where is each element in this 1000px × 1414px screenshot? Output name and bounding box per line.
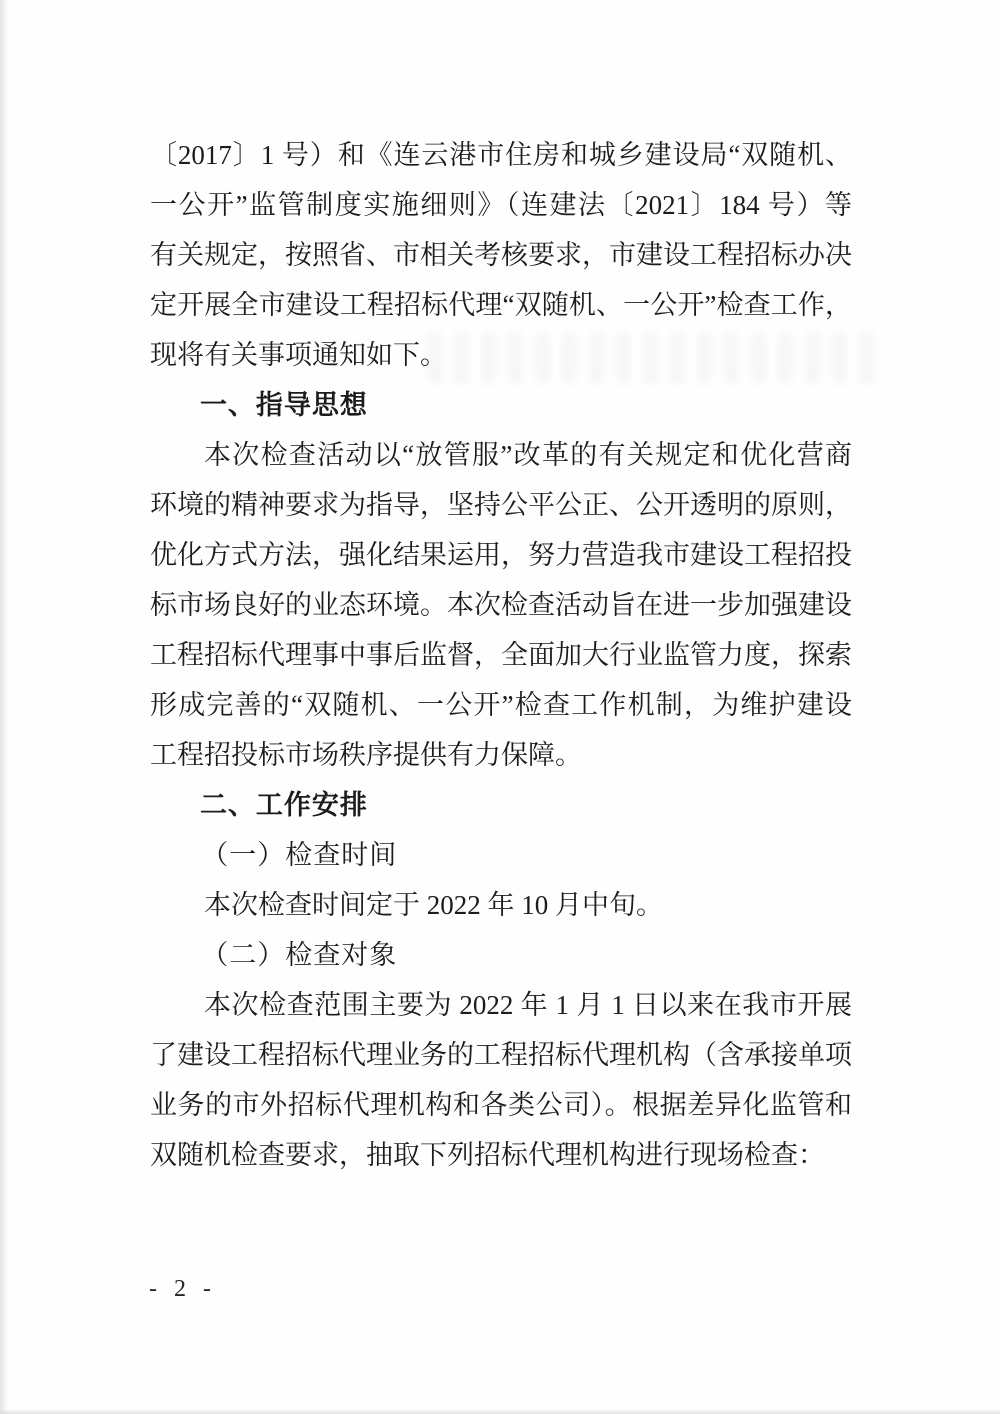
sub-heading: （二）检查对象 bbox=[150, 930, 852, 980]
text-line: 定开展全市建设工程招标代理“双随机、一公开”检查工作， bbox=[150, 280, 852, 330]
text-line: 〔2017〕1 号）和《连云港市住房和城乡建设局“双随机、 bbox=[150, 130, 852, 180]
scan-edge-shadow-bottom bbox=[0, 1409, 1000, 1414]
section-heading: 一、指导思想 bbox=[150, 380, 852, 430]
page-number: - 2 - bbox=[149, 1272, 212, 1306]
paragraph: 本次检查范围主要为 2022 年 1 月 1 日以来在我市开展了建设工程招标代理… bbox=[150, 980, 852, 1180]
text-line: 优化方式方法，强化结果运用，努力营造我市建设工程招投 bbox=[150, 530, 852, 580]
text-line: 一、指导思想 bbox=[150, 380, 852, 430]
text-line: 工程招投标市场秩序提供有力保障。 bbox=[150, 730, 852, 780]
paragraph: 〔2017〕1 号）和《连云港市住房和城乡建设局“双随机、一公开”监管制度实施细… bbox=[150, 130, 852, 380]
paragraph: 本次检查活动以“放管服”改革的有关规定和优化营商环境的精神要求为指导，坚持公平公… bbox=[150, 430, 852, 780]
text-line: （二）检查对象 bbox=[150, 930, 852, 980]
text-line: 双随机检查要求，抽取下列招标代理机构进行现场检查： bbox=[150, 1130, 852, 1180]
scanned-document-page: { "page": { "label": "- 2 -" }, "documen… bbox=[0, 0, 1000, 1414]
scan-edge-shadow-left bbox=[0, 0, 8, 1414]
sub-heading: （一）检查时间 bbox=[150, 830, 852, 880]
text-line: 本次检查范围主要为 2022 年 1 月 1 日以来在我市开展 bbox=[150, 980, 852, 1030]
text-line: 二、工作安排 bbox=[150, 780, 852, 830]
text-line: 本次检查时间定于 2022 年 10 月中旬。 bbox=[150, 880, 852, 930]
text-line: 了建设工程招标代理业务的工程招标代理机构（含承接单项 bbox=[150, 1030, 852, 1080]
section-heading: 二、工作安排 bbox=[150, 780, 852, 830]
text-line: 业务的市外招标代理机构和各类公司）。根据差异化监管和 bbox=[150, 1080, 852, 1130]
document-page: 〔2017〕1 号）和《连云港市住房和城乡建设局“双随机、一公开”监管制度实施细… bbox=[0, 0, 1000, 1414]
text-line: （一）检查时间 bbox=[150, 830, 852, 880]
text-line: 一公开”监管制度实施细则》（连建法〔2021〕184 号）等 bbox=[150, 180, 852, 230]
text-line: 形成完善的“双随机、一公开”检查工作机制，为维护建设 bbox=[150, 680, 852, 730]
text-line: 本次检查活动以“放管服”改革的有关规定和优化营商 bbox=[150, 430, 852, 480]
text-line: 工程招标代理事中事后监督，全面加大行业监管力度，探索 bbox=[150, 630, 852, 680]
document-body: 〔2017〕1 号）和《连云港市住房和城乡建设局“双随机、一公开”监管制度实施细… bbox=[150, 130, 852, 1180]
text-line: 标市场良好的业态环境。本次检查活动旨在进一步加强建设 bbox=[150, 580, 852, 630]
text-line: 有关规定，按照省、市相关考核要求，市建设工程招标办决 bbox=[150, 230, 852, 280]
text-line: 现将有关事项通知如下。 bbox=[150, 330, 852, 380]
paragraph: 本次检查时间定于 2022 年 10 月中旬。 bbox=[150, 880, 852, 930]
text-line: 环境的精神要求为指导，坚持公平公正、公开透明的原则， bbox=[150, 480, 852, 530]
